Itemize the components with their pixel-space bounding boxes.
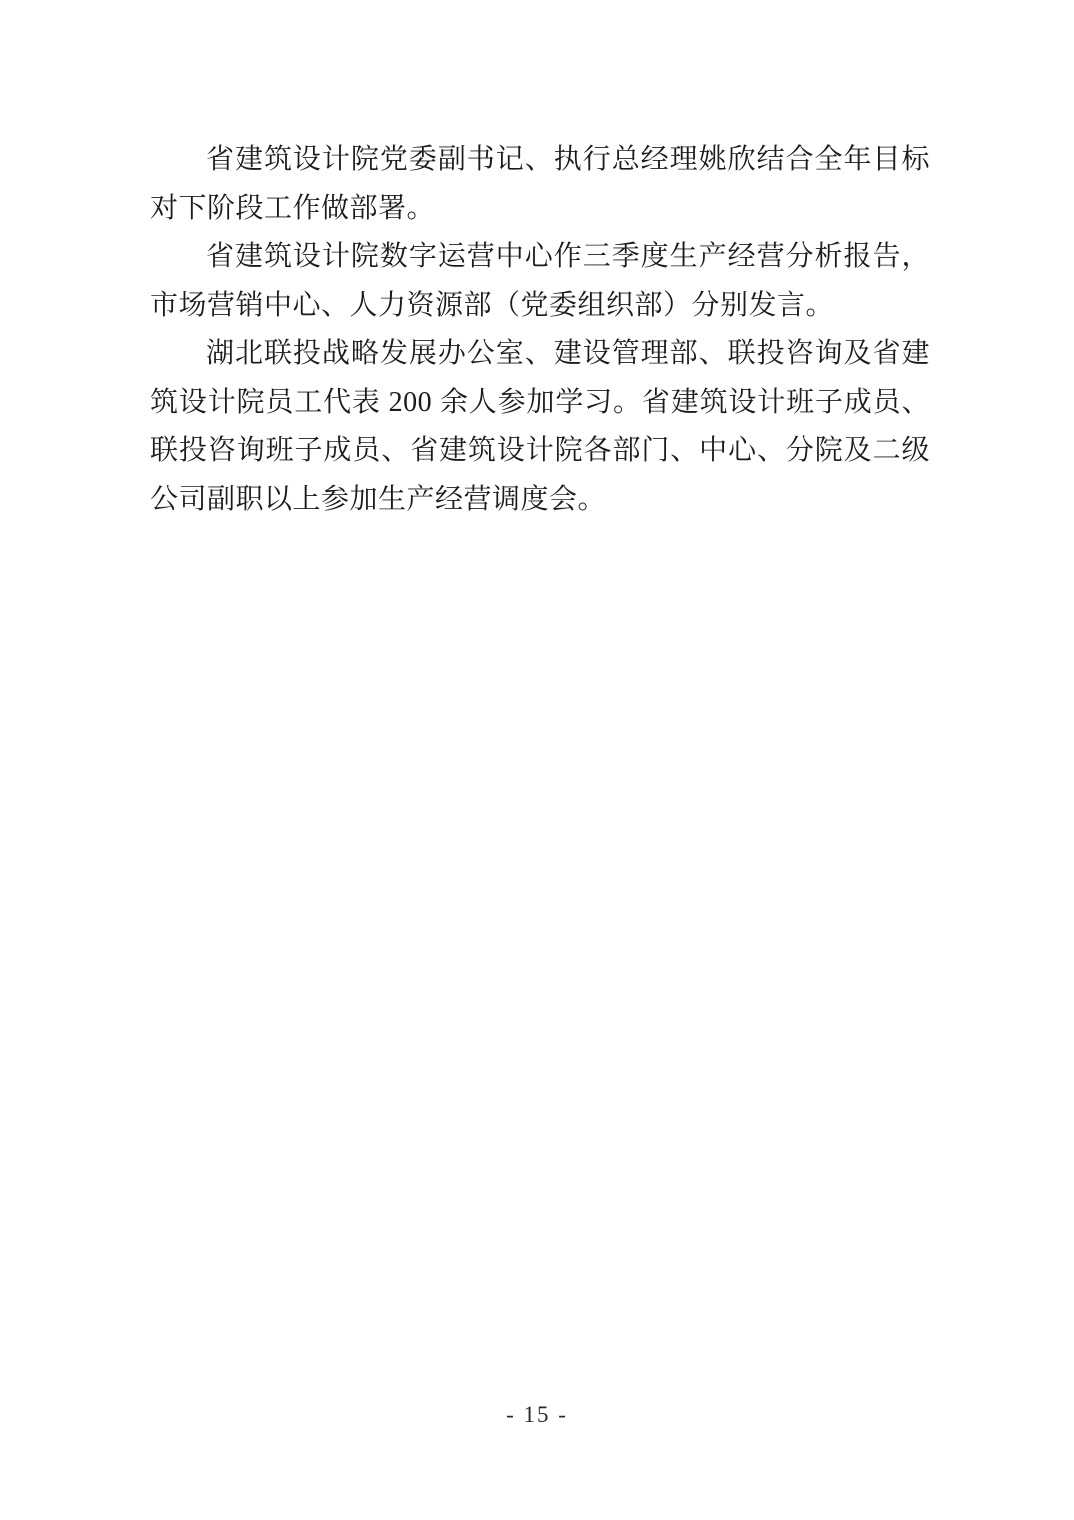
paragraph-deployment: 省建筑设计院党委副书记、执行总经理姚欣结合全年目标对下阶段工作做部署。 xyxy=(150,136,930,233)
page-footer: - 15 - xyxy=(0,1398,1074,1432)
paragraph-quarterly-report: 省建筑设计院数字运营中心作三季度生产经营分析报告，市场营销中心、人力资源部（党委… xyxy=(150,233,930,330)
page-number: - 15 - xyxy=(506,1402,568,1427)
document-page: 省建筑设计院党委副书记、执行总经理姚欣结合全年目标对下阶段工作做部署。 省建筑设… xyxy=(0,0,1074,1520)
paragraph-attendees: 湖北联投战略发展办公室、建设管理部、联投咨询及省建筑设计院员工代表 200 余人… xyxy=(150,330,930,524)
document-text-block: 省建筑设计院党委副书记、执行总经理姚欣结合全年目标对下阶段工作做部署。 省建筑设… xyxy=(150,136,930,524)
